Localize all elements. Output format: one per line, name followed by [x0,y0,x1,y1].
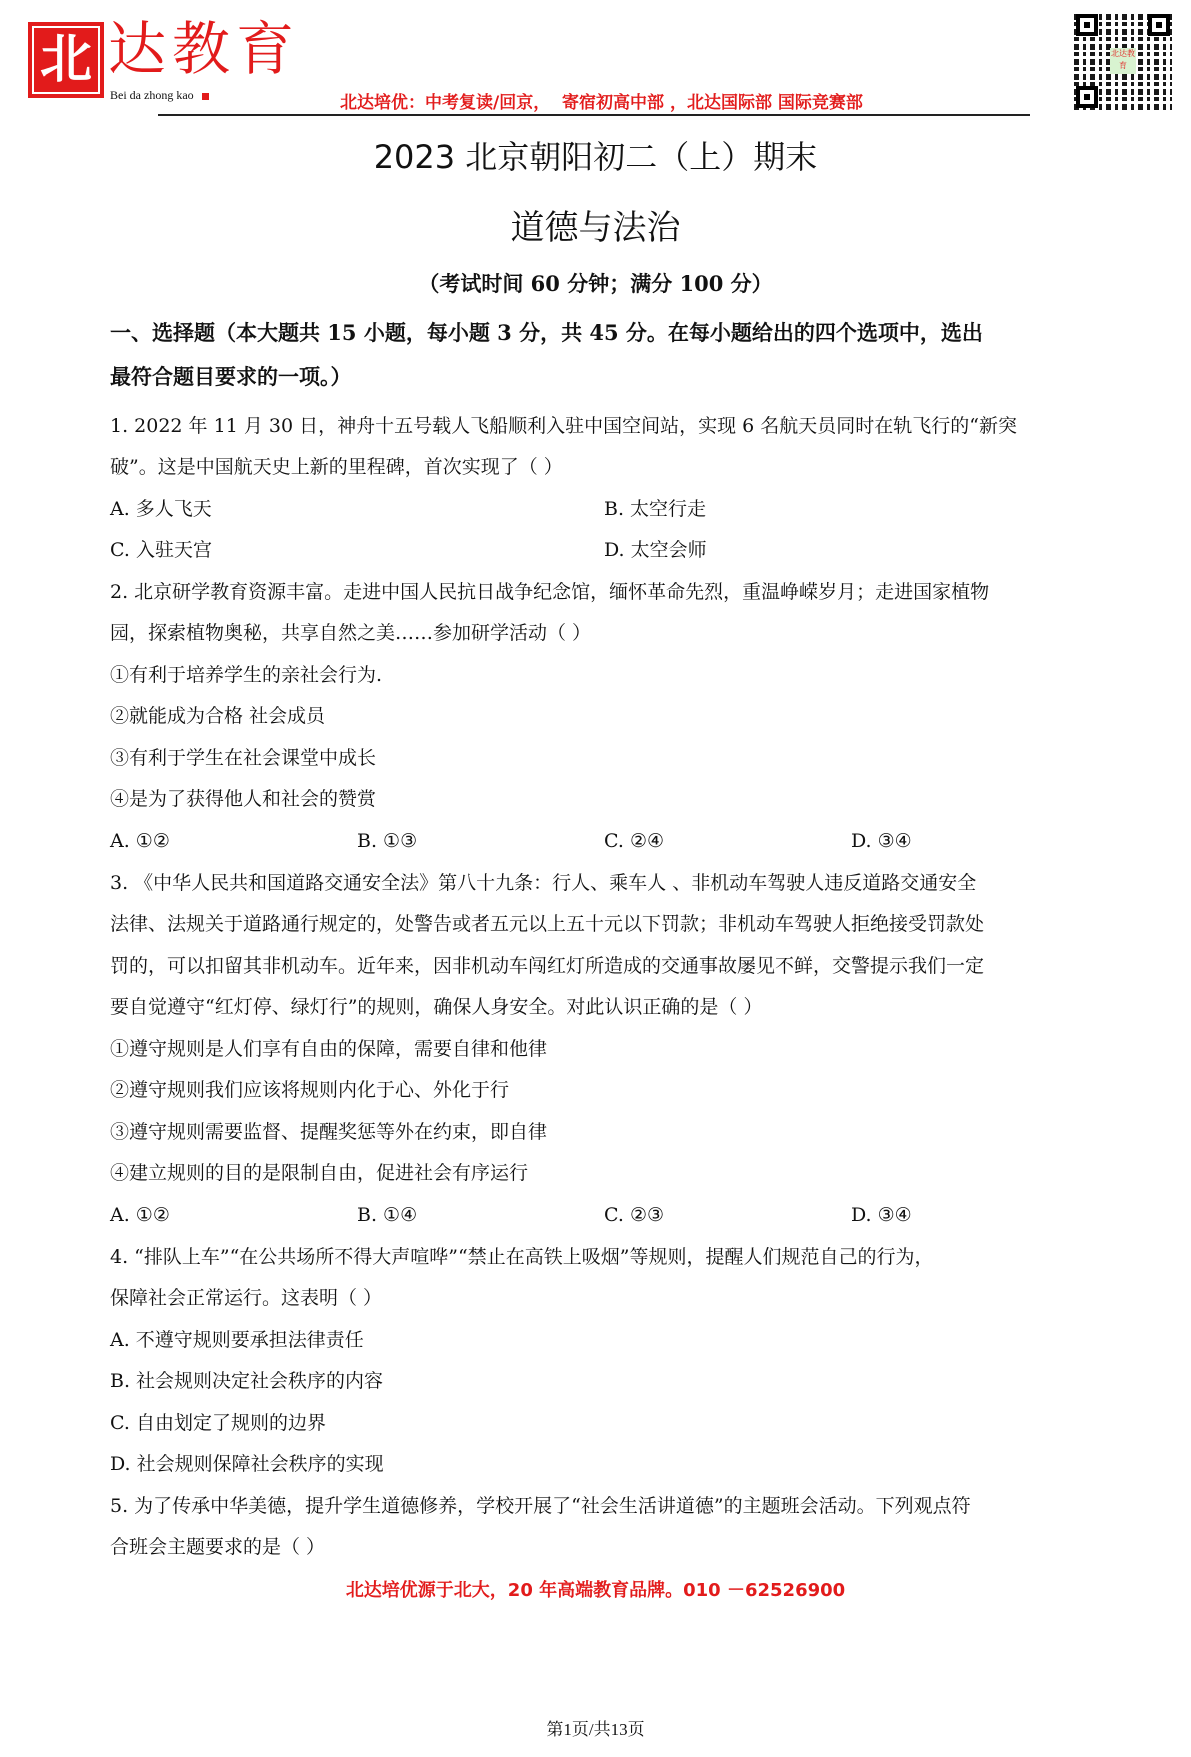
logo-subtitle: Bei da zhong kao [110,88,209,103]
question-2-option-d[interactable]: D. ③④ [851,820,912,862]
logo-text: 达教育 [108,18,300,80]
question-2-option-c[interactable]: C. ②④ [604,820,664,862]
exam-info: （考试时间 60 分钟；满分 100 分） [0,268,1191,298]
question-1-option-c[interactable]: C. 入驻天宫 [110,529,212,571]
question-1-stem-cont: 破”。这是中国航天史上新的里程碑，首次实现了（ ） [110,446,563,488]
question-1-stem: 1. 2022 年 11 月 30 日，神舟十五号载人飞船顺利入驻中国空间站，实… [110,405,1017,447]
exam-title: 2023 北京朝阳初二（上）期末 [0,132,1191,178]
question-4-option-a[interactable]: A. 不遵守规则要承担法律责任 [110,1319,364,1361]
question-3-stem: 3. 《中华人民共和国道路交通安全法》第八十九条：行人、乘车人 、非机动车驾驶人… [110,862,976,904]
question-2-option-a[interactable]: A. ①② [110,820,170,862]
question-3-stem-cont: 要自觉遵守“红灯停、绿灯行”的规则，确保人身安全。对此认识正确的是（ ） [110,986,762,1028]
question-2-statement-2: ②就能成为合格 社会成员 [110,695,325,737]
promo-banner: 北达培优源于北大，20 年高端教育品牌。010 －62526900 [0,1576,1191,1602]
question-3-stem-cont: 罚的，可以扣留其非机动车。近年来，因非机动车闯红灯所造成的交通事故屡见不鲜，交警… [110,945,984,987]
question-3-option-d[interactable]: D. ③④ [851,1194,912,1236]
question-3-stem-cont: 法律、法规关于道路通行规定的，处警告或者五元以上五十元以下罚款；非机动车驾驶人拒… [110,903,984,945]
question-3-statement-1: ①遵守规则是人们享有自由的保障，需要自律和他律 [110,1028,547,1070]
qr-finder-icon [1076,14,1098,36]
subject-title: 道德与法治 [0,200,1191,249]
question-2-statement-1: ①有利于培养学生的亲社会行为. [110,654,382,696]
question-1-option-b[interactable]: B. 太空行走 [604,488,706,530]
question-2-stem-cont: 园，探索植物奥秘，共享自然之美……参加研学活动（ ） [110,612,591,654]
question-5-stem: 5. 为了传承中华美德，提升学生道德修养，学校开展了“社会生活讲道德”的主题班会… [110,1485,971,1527]
qr-finder-icon [1148,14,1170,36]
question-2-statement-3: ③有利于学生在社会课堂中成长 [110,737,376,779]
question-1-option-d[interactable]: D. 太空会师 [604,529,707,571]
question-4-option-b[interactable]: B. 社会规则决定社会秩序的内容 [110,1360,383,1402]
header-divider [158,114,1030,116]
question-1-option-a[interactable]: A. 多人飞天 [110,488,212,530]
question-2-stem: 2. 北京研学教育资源丰富。走进中国人民抗日战争纪念馆，缅怀革命先烈，重温峥嵘岁… [110,571,989,613]
logo-subtitle-text: Bei da zhong kao [110,88,194,102]
section-heading: 一、选择题（本大题共 15 小题，每小题 3 分，共 45 分。在每小题给出的四… [110,312,1095,354]
question-3-statement-4: ④建立规则的目的是限制自由，促进社会有序运行 [110,1152,528,1194]
question-3-option-b[interactable]: B. ①④ [357,1194,417,1236]
question-3-statement-2: ②遵守规则我们应该将规则内化于心、外化于行 [110,1069,509,1111]
logo-mark: 北 [28,22,104,98]
section-heading-cont: 最符合题目要求的一项。） [110,356,1095,398]
question-4-option-d[interactable]: D. 社会规则保障社会秩序的实现 [110,1443,384,1485]
question-4-stem: 4. “排队上车”“在公共场所不得大声喧哗”“禁止在高铁上吸烟”等规则，提醒人们… [110,1236,933,1278]
question-2-statement-4: ④是为了获得他人和社会的赞赏 [110,778,376,820]
question-3-option-a[interactable]: A. ①② [110,1194,170,1236]
header-slogan: 北达培优：中考复读/回京， 寄宿初高中部 ，北达国际部 国际竞赛部 [340,88,863,113]
question-3-statement-3: ③遵守规则需要监督、提醒奖惩等外在约束，即自律 [110,1111,547,1153]
question-4-option-c[interactable]: C. 自由划定了规则的边界 [110,1402,326,1444]
qr-finder-icon [1076,86,1098,108]
question-4-stem-cont: 保障社会正常运行。这表明（ ） [110,1277,382,1319]
question-2-option-b[interactable]: B. ①③ [357,820,417,862]
qr-center-logo: 北达教育 [1110,48,1136,74]
square-icon [202,93,209,100]
question-5-stem-cont: 合班会主题要求的是（ ） [110,1526,325,1568]
page-indicator: 第1页/共13页 [0,1715,1191,1740]
question-3-option-c[interactable]: C. ②③ [604,1194,664,1236]
